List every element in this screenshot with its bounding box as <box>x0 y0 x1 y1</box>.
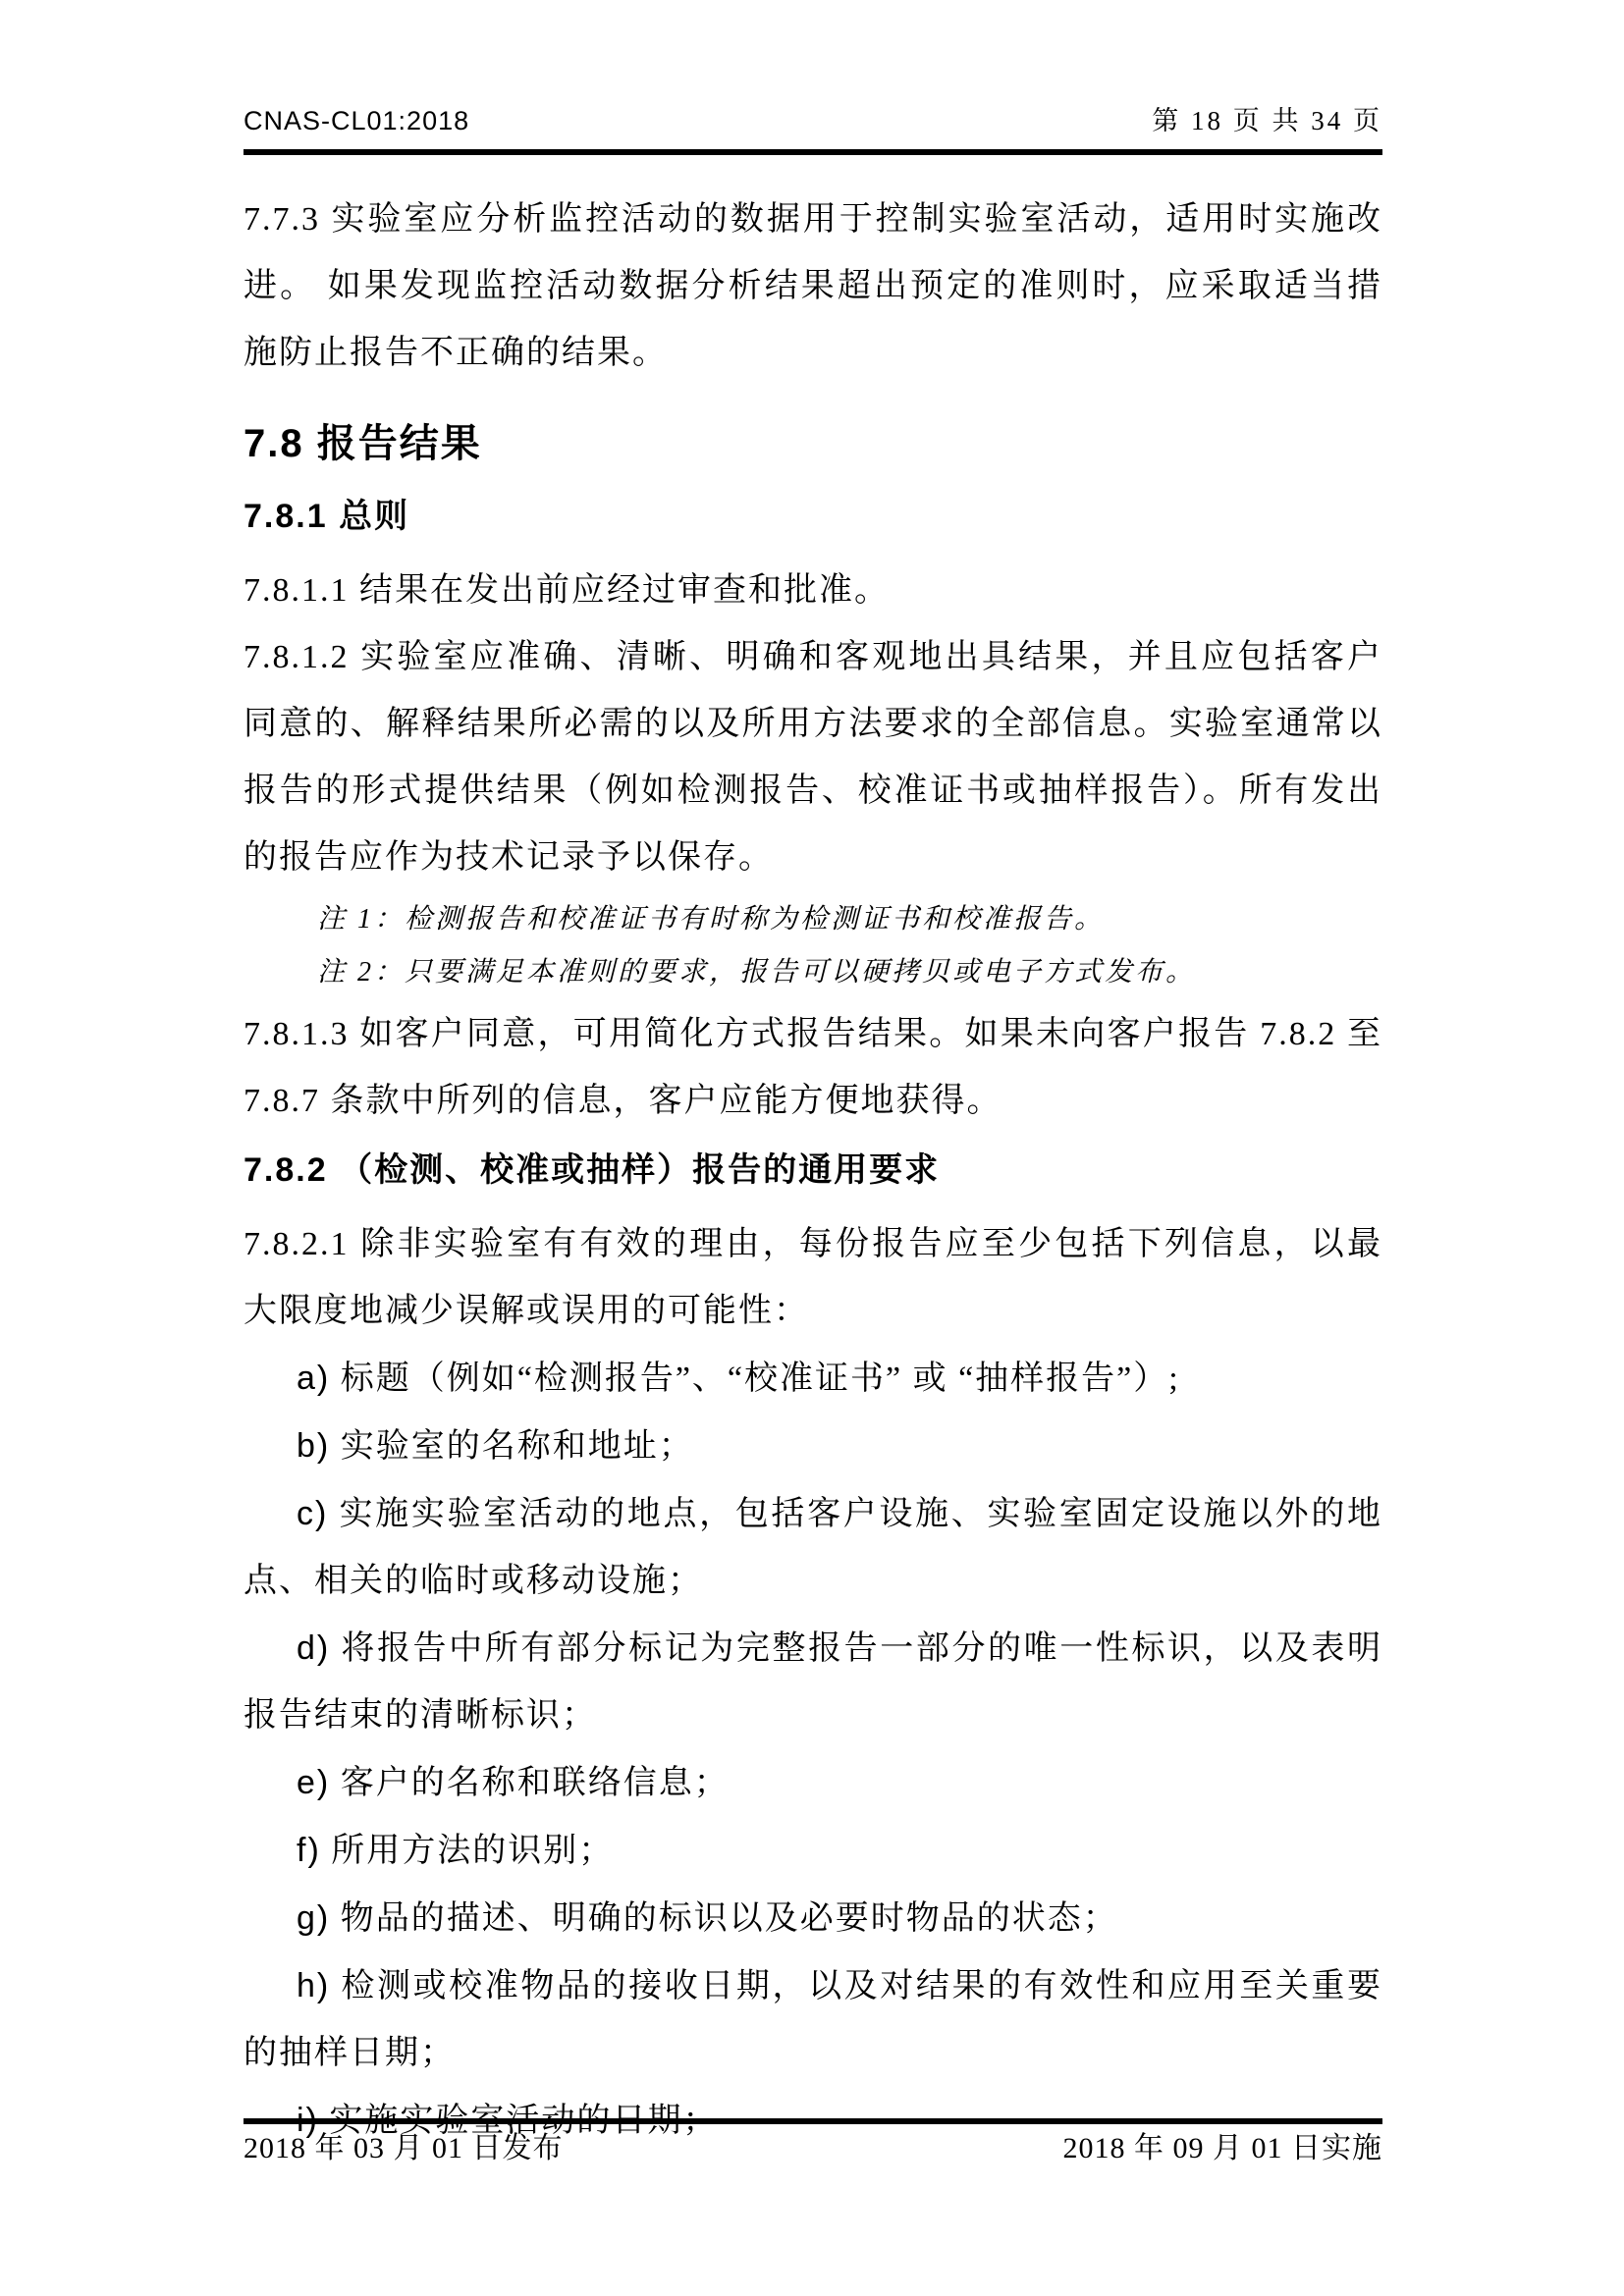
item-label-b: b) <box>297 1427 330 1465</box>
item-label-e: e) <box>297 1764 330 1801</box>
item-text-d: 将报告中所有部分标记为完整报告一部分的唯一性标识，以及表明报告结束的清晰标识； <box>244 1630 1382 1734</box>
clause-7-8-1-3: 7.8.1.3 如客户同意，可用简化方式报告结果。如果未向客户报告 7.8.2 … <box>244 1001 1382 1135</box>
item-text-a: 标题（例如“检测报告”、“校准证书” 或 “抽样报告”）; <box>341 1361 1180 1397</box>
report-item-f: f) 所用方法的识别； <box>244 1817 1382 1885</box>
item-label-d: d) <box>297 1629 330 1667</box>
page-footer: 2018 年 03 月 01 日发布 2018 年 09 月 01 日实施 <box>244 2130 1382 2167</box>
header-rule <box>244 149 1382 155</box>
page-header: CNAS-CL01:2018 第 18 页 共 34 页 <box>244 104 1382 137</box>
heading-7-8-1: 7.8.1 总则 <box>244 497 1382 536</box>
clause-7-8-1-2: 7.8.1.2 实验室应准确、清晰、明确和客观地出具结果，并且应包括客户同意的、… <box>244 624 1382 891</box>
report-item-c: c) 实施实验室活动的地点，包括客户设施、实验室固定设施以外的地点、相关的临时或… <box>244 1480 1382 1615</box>
document-page: CNAS-CL01:2018 第 18 页 共 34 页 7.7.3 实验室应分… <box>0 0 1624 2296</box>
item-label-f: f) <box>297 1832 321 1869</box>
page-number: 第 18 页 共 34 页 <box>1152 104 1382 137</box>
item-text-h: 检测或校准物品的接收日期，以及对结果的有效性和应用至关重要的抽样日期； <box>244 1968 1382 2071</box>
item-label-c: c) <box>297 1495 328 1532</box>
item-text-g: 物品的描述、明确的标识以及必要时物品的状态； <box>341 1900 1118 1937</box>
item-label-g: g) <box>297 1899 330 1937</box>
report-item-e: e) 客户的名称和联络信息； <box>244 1749 1382 1817</box>
note-1: 注 1：检测报告和校准证书有时称为检测证书和校准报告。 <box>244 895 1382 944</box>
issue-date: 2018 年 03 月 01 日发布 <box>244 2130 564 2167</box>
item-text-b: 实验室的名称和地址； <box>341 1428 694 1465</box>
footer-rule <box>244 2118 1382 2124</box>
report-item-g: g) 物品的描述、明确的标识以及必要时物品的状态； <box>244 1885 1382 1952</box>
item-label-a: a) <box>297 1360 330 1397</box>
clause-7-8-1-1: 7.8.1.1 结果在发出前应经过审查和批准。 <box>244 558 1382 624</box>
heading-7-8-2: 7.8.2 （检测、校准或抽样）报告的通用要求 <box>244 1150 1382 1190</box>
document-body: 7.7.3 实验室应分析监控活动的数据用于控制实验室活动，适用时实施改进。 如果… <box>244 187 1382 2155</box>
report-item-a: a) 标题（例如“检测报告”、“校准证书” 或 “抽样报告”）; <box>244 1345 1382 1413</box>
item-text-f: 所用方法的识别； <box>331 1833 614 1869</box>
clause-7-8-2-1: 7.8.2.1 除非实验室有有效的理由，每份报告应至少包括下列信息，以最大限度地… <box>244 1211 1382 1345</box>
item-text-c: 实施实验室活动的地点，包括客户设施、实验室固定设施以外的地点、相关的临时或移动设… <box>244 1496 1382 1599</box>
item-label-h: h) <box>297 1967 330 2004</box>
report-item-b: b) 实验室的名称和地址； <box>244 1413 1382 1480</box>
report-item-h: h) 检测或校准物品的接收日期，以及对结果的有效性和应用至关重要的抽样日期； <box>244 1952 1382 2087</box>
implement-date: 2018 年 09 月 01 日实施 <box>1063 2130 1383 2167</box>
clause-7-7-3: 7.7.3 实验室应分析监控活动的数据用于控制实验室活动，适用时实施改进。 如果… <box>244 187 1382 387</box>
note-2: 注 2：只要满足本准则的要求，报告可以硬拷贝或电子方式发布。 <box>244 948 1382 997</box>
item-text-e: 客户的名称和联络信息； <box>341 1765 730 1801</box>
heading-7-8: 7.8 报告结果 <box>244 420 1382 467</box>
report-item-d: d) 将报告中所有部分标记为完整报告一部分的唯一性标识，以及表明报告结束的清晰标… <box>244 1615 1382 1749</box>
doc-code: CNAS-CL01:2018 <box>244 104 469 137</box>
